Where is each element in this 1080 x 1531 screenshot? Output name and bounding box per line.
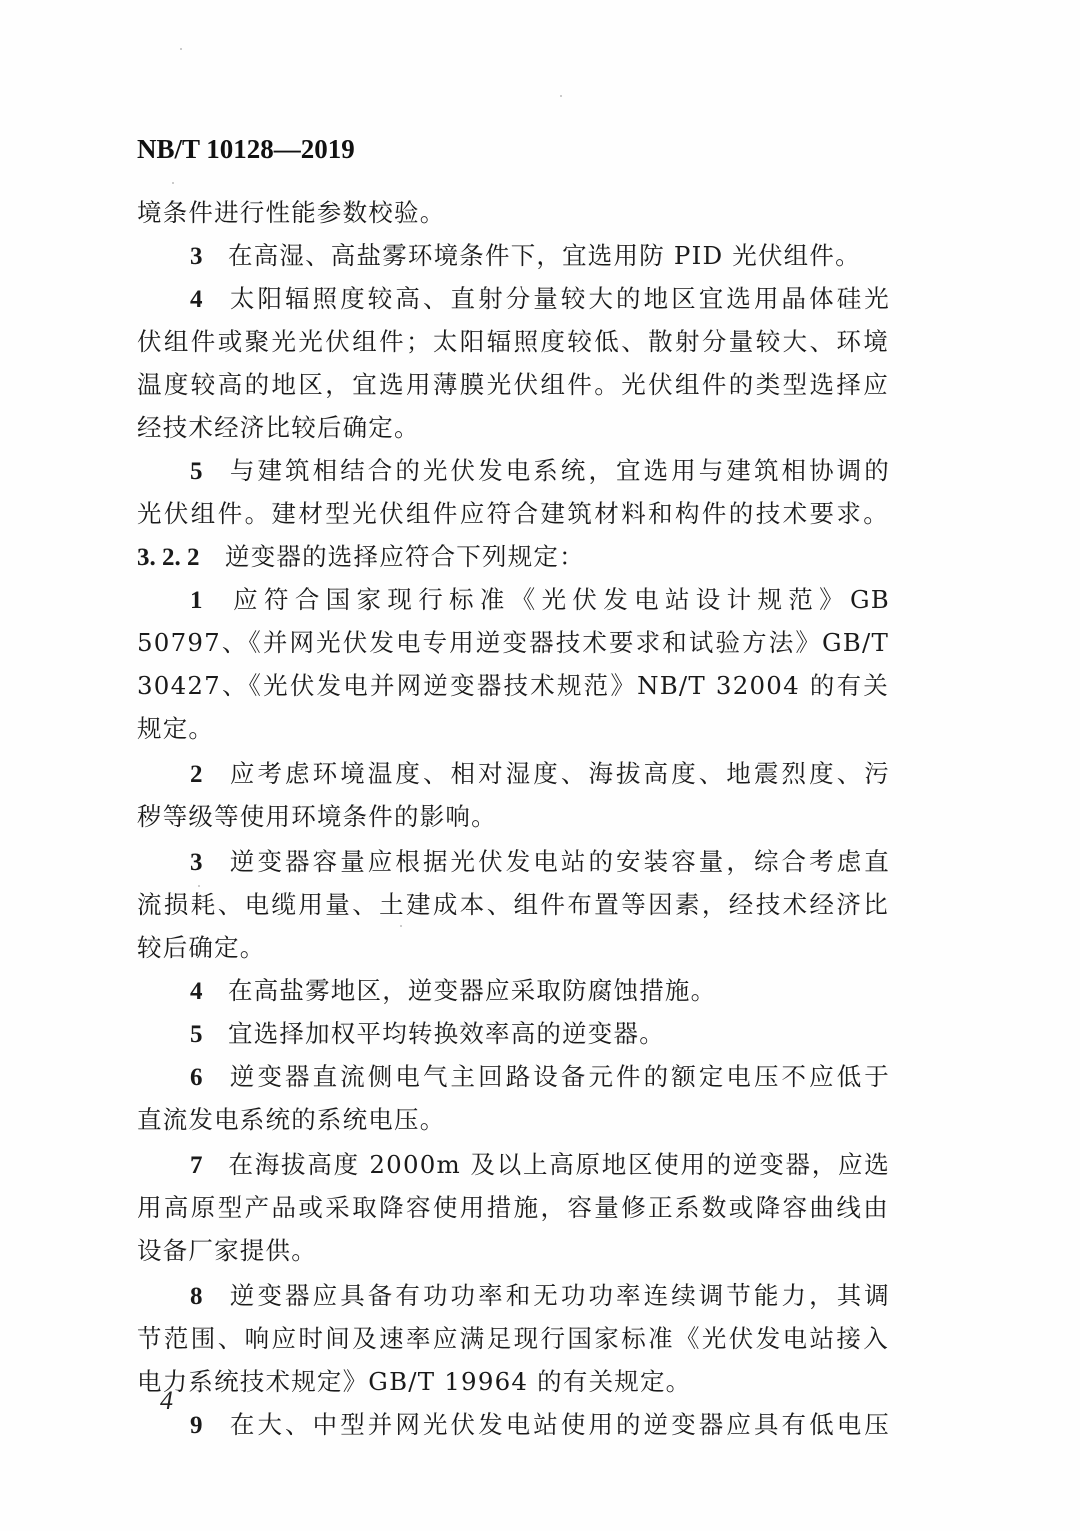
line-text: 用高原型产品或采取降容使用措施，容量修正系数或降容曲线由 [137,1193,889,1222]
item-number: 7 [190,1150,228,1182]
line-text: 节范围、响应时间及速率应满足现行国家标准《光伏发电站接入 [137,1324,889,1353]
line-text: 30427、《光伏发电并网逆变器技术规范》NB/T 32004 的有关 [137,671,889,700]
scan-speck [560,95,562,97]
line-text: 逆变器的选择应符合下列规定： [225,542,585,571]
text-line: 设备厂家提供。 [137,1235,317,1267]
text-line: 3在高湿、高盐雾环境条件下，宜选用防 PID 光伏组件。 [190,240,861,273]
item-number: 5 [190,1019,228,1051]
line-text: 温度较高的地区，宜选用薄膜光伏组件。光伏组件的类型选择应 [137,370,889,399]
text-line: 较后确定。 [137,932,266,964]
text-line: 直流发电系统的系统电压。 [137,1104,445,1136]
document-page: NB/T 10128—2019 境条件进行性能参数校验。3在高湿、高盐雾环境条件… [0,0,1080,1531]
text-line: 规定。 [137,713,214,745]
text-line: 50797、《并网光伏发电专用逆变器技术要求和试验方法》GB/T [137,627,889,659]
item-number: 8 [190,1281,228,1313]
line-text: 较后确定。 [137,933,266,962]
scan-speck [172,182,174,184]
line-text: 伏组件或聚光光伏组件；太阳辐照度较低、散射分量较大、环境 [137,327,889,356]
text-line: 2应考虑环境温度、相对湿度、海拔高度、地震烈度、污 [190,758,890,791]
line-text: 设备厂家提供。 [137,1236,317,1265]
text-line: 伏组件或聚光光伏组件；太阳辐照度较低、散射分量较大、环境 [137,326,889,358]
line-text: 在大、中型并网光伏发电站使用的逆变器应具有低电压 [228,1410,890,1439]
line-text: 逆变器直流侧电气主回路设备元件的额定电压不应低于 [228,1062,890,1091]
clause-number: 3. 2. 2 [137,542,225,574]
line-text: 与建筑相结合的光伏发电系统，宜选用与建筑相协调的 [228,456,890,485]
text-line: 经技术经济比较后确定。 [137,412,420,444]
line-text: 在高湿、高盐雾环境条件下，宜选用防 PID 光伏组件。 [228,241,861,270]
line-text: 逆变器应具备有功功率和无功功率连续调节能力，其调 [228,1281,890,1310]
line-text: 应考虑环境温度、相对湿度、海拔高度、地震烈度、污 [228,759,890,788]
line-text: 直流发电系统的系统电压。 [137,1105,445,1134]
text-line: 4太阳辐照度较高、直射分量较大的地区宜选用晶体硅光 [190,283,890,316]
text-line: 节范围、响应时间及速率应满足现行国家标准《光伏发电站接入 [137,1323,889,1355]
text-line: 30427、《光伏发电并网逆变器技术规范》NB/T 32004 的有关 [137,670,889,702]
text-line: 用高原型产品或采取降容使用措施，容量修正系数或降容曲线由 [137,1192,889,1224]
text-line: 5宜选择加权平均转换效率高的逆变器。 [190,1018,665,1051]
text-line: 9在大、中型并网光伏发电站使用的逆变器应具有低电压 [190,1409,890,1442]
line-text: 境条件进行性能参数校验。 [137,198,445,227]
text-line: 3逆变器容量应根据光伏发电站的安装容量，综合考虑直 [190,846,890,879]
line-text: 太阳辐照度较高、直射分量较大的地区宜选用晶体硅光 [228,284,890,313]
text-line: 3. 2. 2逆变器的选择应符合下列规定： [137,541,585,574]
line-text: 秽等级等使用环境条件的影响。 [137,802,497,831]
text-line: 流损耗、电缆用量、土建成本、组件布置等因素，经技术经济比 [137,889,889,921]
line-text: 在高盐雾地区，逆变器应采取防腐蚀措施。 [228,976,716,1005]
line-text: 电力系统技术规定》GB/T 19964 的有关规定。 [137,1367,691,1396]
scan-speck [198,885,200,887]
item-number: 4 [190,976,228,1008]
line-text: 光伏组件。建材型光伏组件应符合建筑材料和构件的技术要求。 [137,499,889,528]
text-line: 1应符合国家现行标准《光伏发电站设计规范》GB [190,584,890,617]
page-number: 4 [160,1386,173,1416]
item-number: 5 [190,456,228,488]
line-text: 在海拔高度 2000m 及以上高原地区使用的逆变器，应选 [228,1150,890,1179]
item-number: 2 [190,759,228,791]
text-line: 秽等级等使用环境条件的影响。 [137,801,497,833]
text-line: 光伏组件。建材型光伏组件应符合建筑材料和构件的技术要求。 [137,498,889,530]
item-number: 1 [190,585,228,617]
line-text: 流损耗、电缆用量、土建成本、组件布置等因素，经技术经济比 [137,890,889,919]
scan-speck [400,925,402,927]
standard-code-header: NB/T 10128—2019 [137,134,355,165]
item-number: 9 [190,1410,228,1442]
text-line: 8逆变器应具备有功功率和无功功率连续调节能力，其调 [190,1280,890,1313]
text-line: 6逆变器直流侧电气主回路设备元件的额定电压不应低于 [190,1061,890,1094]
item-number: 4 [190,284,228,316]
line-text: 规定。 [137,714,214,743]
text-line: 4在高盐雾地区，逆变器应采取防腐蚀措施。 [190,975,716,1008]
text-line: 电力系统技术规定》GB/T 19964 的有关规定。 [137,1366,691,1398]
line-text: 应符合国家现行标准《光伏发电站设计规范》GB [228,585,890,614]
scan-speck [180,48,182,50]
item-number: 3 [190,241,228,273]
text-line: 境条件进行性能参数校验。 [137,197,445,229]
item-number: 6 [190,1062,228,1094]
text-line: 5与建筑相结合的光伏发电系统，宜选用与建筑相协调的 [190,455,890,488]
item-number: 3 [190,847,228,879]
line-text: 经技术经济比较后确定。 [137,413,420,442]
line-text: 50797、《并网光伏发电专用逆变器技术要求和试验方法》GB/T [137,628,889,657]
line-text: 宜选择加权平均转换效率高的逆变器。 [228,1019,665,1048]
text-line: 7在海拔高度 2000m 及以上高原地区使用的逆变器，应选 [190,1149,890,1182]
line-text: 逆变器容量应根据光伏发电站的安装容量，综合考虑直 [228,847,890,876]
text-line: 温度较高的地区，宜选用薄膜光伏组件。光伏组件的类型选择应 [137,369,889,401]
